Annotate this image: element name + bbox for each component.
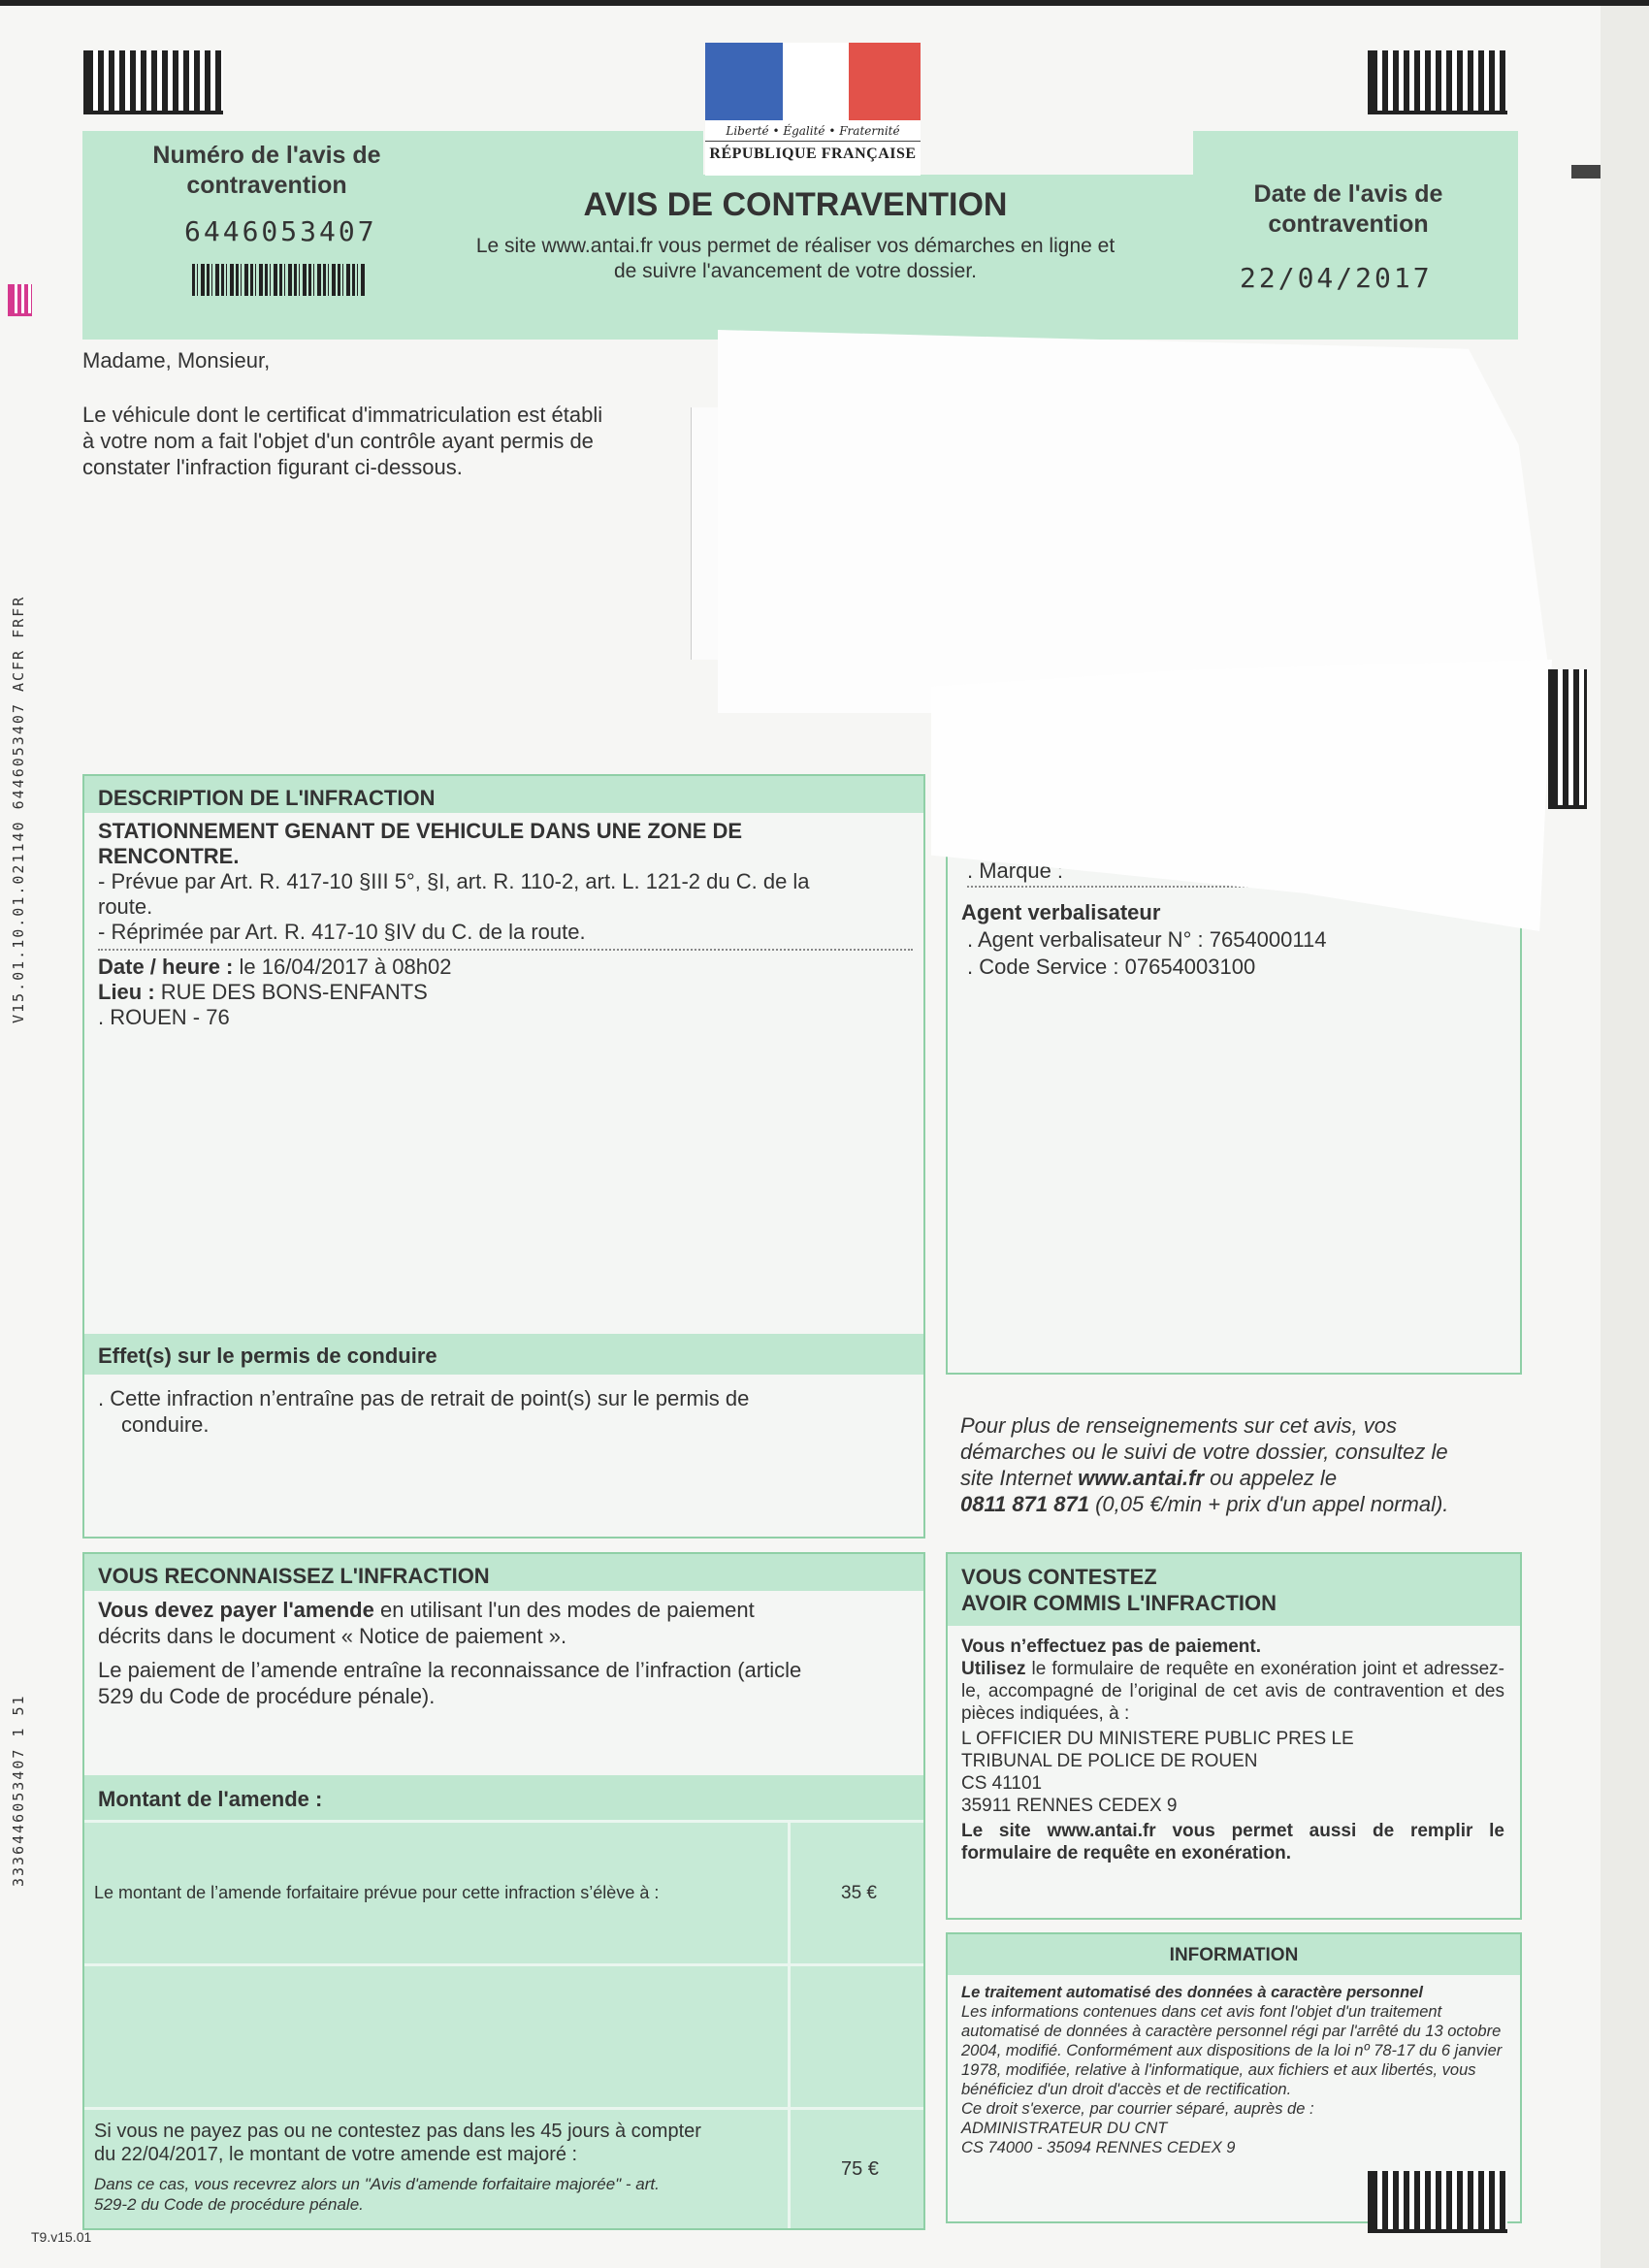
- marianne-icon: [783, 43, 849, 120]
- header-subtitle-1: Le site www.antai.fr vous permet de réal…: [417, 233, 1174, 259]
- agent-number: . Agent verbalisateur N° : 7654000114: [967, 927, 1326, 953]
- information-content: Le traitement automatisé des données à c…: [961, 1983, 1509, 2157]
- notice-number-label: Numéro de l'avis de contravention: [150, 141, 383, 201]
- effects-line-2: conduire.: [98, 1411, 913, 1438]
- contact-info: Pour plus de renseignements sur cet avis…: [960, 1412, 1523, 1517]
- intro-paragraph: Le véhicule dont le certificat d'immatri…: [82, 402, 703, 480]
- fixed-fine-amount: 35 €: [841, 1883, 877, 1904]
- location-label: Lieu :: [98, 980, 155, 1004]
- contact-line-4: 0811 871 871 (0,05 €/min + prix d'un app…: [960, 1491, 1523, 1517]
- license-effects-heading: Effet(s) sur le permis de conduire: [84, 1334, 923, 1375]
- logo-name: RÉPUBLIQUE FRANÇAISE: [705, 146, 921, 163]
- recognize-para-1-line-2: décrits dans le document « Notice de pai…: [98, 1623, 913, 1649]
- recognize-heading: VOUS RECONNAISSEZ L'INFRACTION: [84, 1554, 923, 1591]
- agent-heading: Agent verbalisateur: [961, 900, 1160, 925]
- offense-prevue-2: route.: [98, 894, 913, 920]
- offense-reprimee: - Réprimée par Art. R. 417-10 §IV du C. …: [98, 920, 913, 951]
- logo-motto: Liberté • Égalité • Fraternité: [705, 124, 921, 142]
- date-label: Date / heure :: [98, 955, 233, 979]
- location-value: RUE DES BONS-ENFANTS: [155, 980, 428, 1004]
- offense-title-2: RENCONTRE.: [98, 844, 913, 869]
- republique-francaise-logo: Liberté • Égalité • Fraternité RÉPUBLIQU…: [705, 43, 921, 176]
- contact-line-2: démarches ou le suivi de votre dossier, …: [960, 1439, 1523, 1465]
- date-value: le 16/04/2017 à 08h02: [233, 955, 451, 979]
- service-code: . Code Service : 07654003100: [967, 955, 1255, 980]
- pink-code-mark: [8, 284, 32, 316]
- offense-title-1: STATIONNEMENT GENANT DE VEHICULE DANS UN…: [98, 819, 913, 844]
- datamatrix-code-right-edge: [1548, 669, 1587, 809]
- increased-fine-label: Si vous ne payez pas ou ne contestez pas…: [94, 2120, 773, 2215]
- amount-heading: Montant de l'amende :: [84, 1775, 923, 1820]
- notice-number: 6446053407: [184, 215, 377, 247]
- notice-date: 22/04/2017: [1240, 262, 1433, 294]
- header-subtitle-2: de suivre l'avancement de votre dossier.: [417, 258, 1174, 284]
- description-heading: DESCRIPTION DE L'INFRACTION: [84, 776, 923, 813]
- taped-paper-cover-1: [718, 330, 1552, 713]
- intro-line-3: constater l'infraction figurant ci-desso…: [82, 454, 703, 480]
- recognize-infraction-box: VOUS RECONNAISSEZ L'INFRACTION Vous deve…: [82, 1552, 925, 2230]
- scan-edge: [1600, 0, 1649, 2268]
- form-version: T9.v15.01: [31, 2229, 91, 2245]
- antai-website-link[interactable]: www.antai.fr: [1078, 1466, 1204, 1490]
- datamatrix-code-bottom-right: [1368, 2171, 1507, 2233]
- recognize-para-2-line-2: 529 du Code de procédure pénale).: [98, 1683, 913, 1709]
- fixed-fine-label: Le montant de l’amende forfaitaire prévu…: [94, 1883, 659, 1903]
- salutation: Madame, Monsieur,: [82, 347, 270, 373]
- offense-location-row: Lieu : RUE DES BONS-ENFANTS: [98, 980, 913, 1005]
- infraction-description-box: DESCRIPTION DE L'INFRACTION STATIONNEMEN…: [82, 774, 925, 1539]
- contact-line-1: Pour plus de renseignements sur cet avis…: [960, 1412, 1523, 1439]
- datamatrix-code-top-right: [1368, 50, 1507, 114]
- increased-fine-row: Si vous ne payez pas ou ne contestez pas…: [84, 2107, 923, 2228]
- offense-city: . ROUEN - 76: [98, 1005, 913, 1030]
- contest-content: Vous n’effectuez pas de paiement. Utilis…: [961, 1636, 1504, 1864]
- notice-date-label: Date de l'avis de contravention: [1203, 179, 1494, 240]
- recognize-para-2-line-1: Le paiement de l’amende entraîne la reco…: [98, 1657, 913, 1683]
- license-effects-content: . Cette infraction n’entraîne pas de ret…: [98, 1385, 913, 1438]
- increased-fine-amount: 75 €: [841, 2158, 879, 2181]
- recognize-para-1: Vous devez payer l'amende en utilisant l…: [98, 1597, 913, 1623]
- phone-number: 0811 871 871: [960, 1492, 1089, 1516]
- intro-line-1: Le véhicule dont le certificat d'immatri…: [82, 402, 703, 428]
- offense-prevue-1: - Prévue par Art. R. 417-10 §III 5°, §I,…: [98, 869, 913, 894]
- scan-mark: [1571, 165, 1600, 178]
- contest-online-note: Le site www.antai.fr vous permet aussi d…: [961, 1820, 1504, 1864]
- flag-red-icon: [849, 43, 921, 120]
- notice-barcode: [192, 264, 365, 296]
- side-code-bottom: 3336446053407 1 51: [10, 1694, 27, 1887]
- information-heading: INFORMATION: [948, 1934, 1520, 1975]
- flag-blue-icon: [705, 43, 783, 120]
- page-title: AVIS DE CONTRAVENTION: [417, 186, 1174, 224]
- effects-line-1: . Cette infraction n’entraîne pas de ret…: [98, 1385, 913, 1411]
- scan-top-edge: [0, 0, 1649, 6]
- contest-infraction-box: VOUS CONTESTEZ AVOIR COMMIS L'INFRACTION…: [946, 1552, 1522, 1920]
- fixed-fine-row: Le montant de l’amende forfaitaire prévu…: [84, 1820, 923, 1966]
- intro-line-2: à votre nom a fait l'objet d'un contrôle…: [82, 428, 703, 454]
- contact-line-3: site Internet www.antai.fr ou appelez le: [960, 1465, 1523, 1491]
- empty-fine-row: [84, 1963, 923, 2110]
- recognize-content: Vous devez payer l'amende en utilisant l…: [98, 1597, 913, 1709]
- description-content: STATIONNEMENT GENANT DE VEHICULE DANS UN…: [98, 819, 913, 1030]
- offense-date-row: Date / heure : le 16/04/2017 à 08h02: [98, 955, 913, 980]
- datamatrix-code-top-left: [83, 50, 223, 114]
- side-code-top: V15.01.10.01.021140 6446053407 ACFR FRFR: [10, 596, 27, 1023]
- contest-address: L OFFICIER DU MINISTERE PUBLIC PRES LE T…: [961, 1728, 1504, 1817]
- contest-heading: VOUS CONTESTEZ AVOIR COMMIS L'INFRACTION: [948, 1554, 1520, 1626]
